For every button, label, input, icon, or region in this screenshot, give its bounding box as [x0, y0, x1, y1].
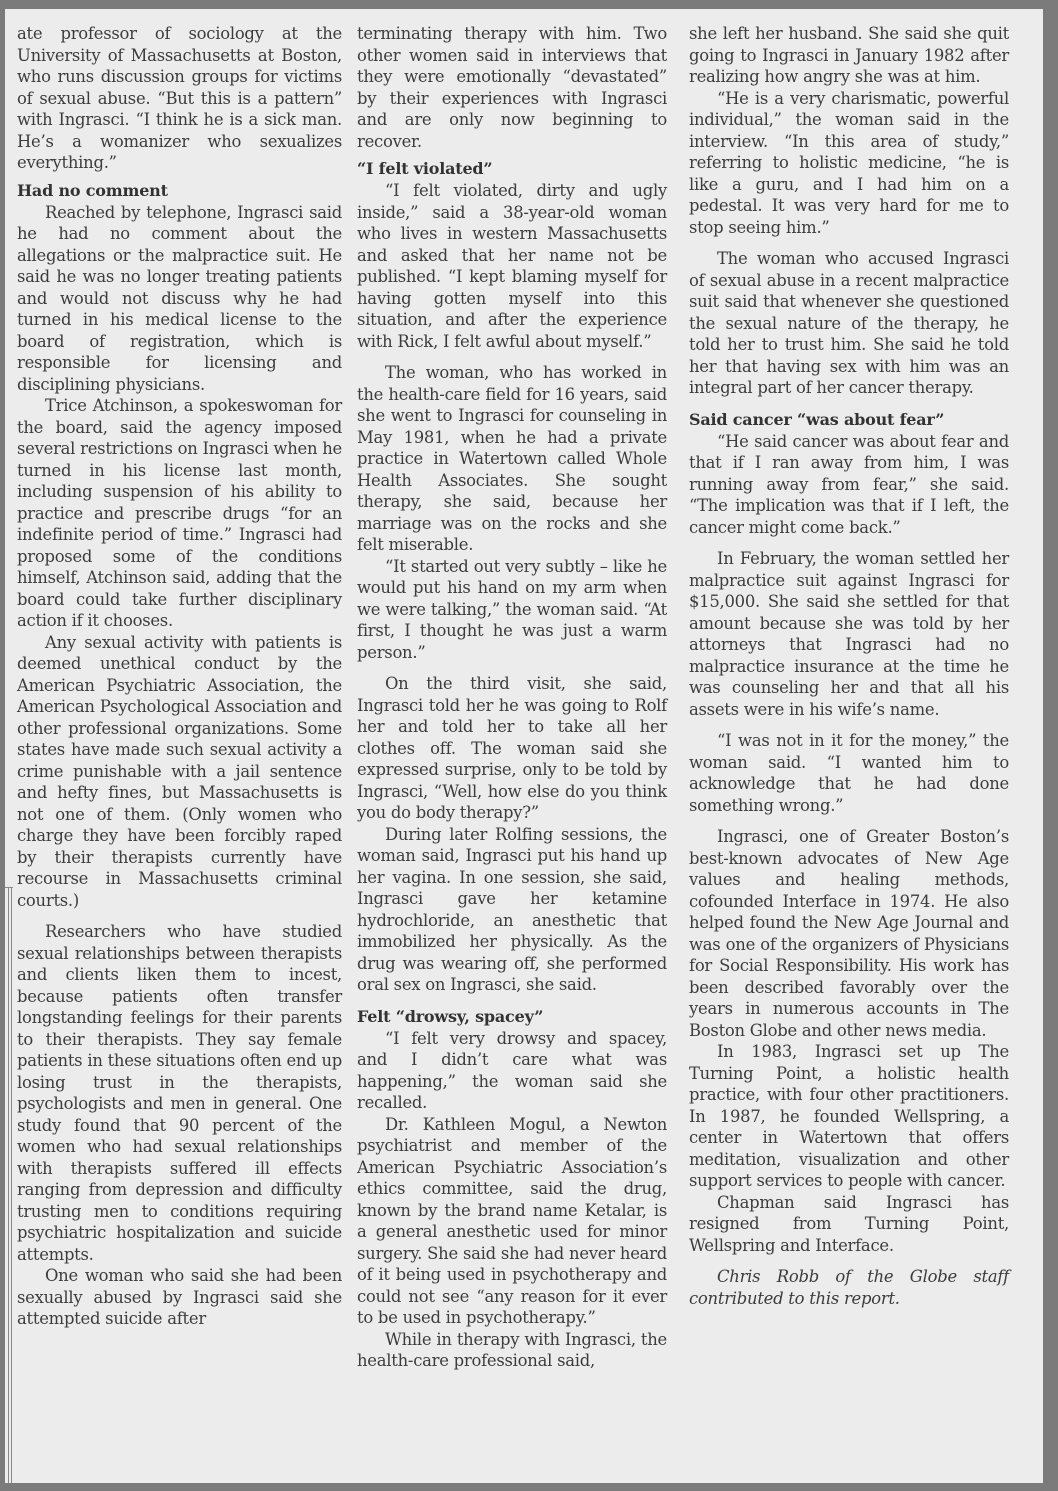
paragraph: “I felt violated, dirty and ugly inside,…	[357, 180, 667, 352]
newspaper-clipping: ate professor of sociology at the Univer…	[5, 9, 1043, 1483]
paragraph: “I felt very drowsy and spacey, and I di…	[357, 1028, 667, 1114]
subheading: “I felt violated”	[357, 158, 667, 180]
paragraph: In February, the woman settled her malpr…	[689, 548, 1009, 720]
paragraph: Ingrasci, one of Greater Boston’s best-k…	[689, 826, 1009, 1041]
paragraph: Chapman said Ingrasci has resigned from …	[689, 1192, 1009, 1257]
paragraph: ate professor of sociology at the Univer…	[17, 23, 342, 174]
subheading: Felt “drowsy, spacey”	[357, 1006, 667, 1028]
paragraph: In 1983, Ingrasci set up The Turning Poi…	[689, 1041, 1009, 1192]
paragraph: terminating therapy with him. Two other …	[357, 23, 667, 152]
paragraph: One woman who said she had been sexually…	[17, 1265, 342, 1330]
subheading: Had no comment	[17, 180, 342, 202]
paragraph: While in therapy with Ingrasci, the heal…	[357, 1329, 667, 1372]
staff-credit: Chris Robb of the Globe staff contribute…	[689, 1266, 1009, 1309]
article-column-1: ate professor of sociology at the Univer…	[17, 23, 342, 1330]
paragraph: “He is a very charismatic, powerful indi…	[689, 88, 1009, 239]
article-column-2: terminating therapy with him. Two other …	[357, 23, 667, 1372]
column-rule-tick	[5, 887, 13, 888]
paragraph: Researchers who have studied sexual rela…	[17, 921, 342, 1265]
paragraph: The woman, who has worked in the health-…	[357, 362, 667, 556]
paragraph: “I was not in it for the money,” the wom…	[689, 730, 1009, 816]
paragraph: “It started out very subtly – like he wo…	[357, 556, 667, 664]
article-column-3: she left her husband. She said she quit …	[689, 23, 1009, 1309]
paragraph: Any sexual activity with patients is dee…	[17, 632, 342, 912]
subheading: Said cancer “was about fear”	[689, 409, 1009, 431]
paragraph: During later Rolfing sessions, the woman…	[357, 824, 667, 996]
paragraph: Trice Atchinson, a spokeswoman for the b…	[17, 395, 342, 632]
paragraph: Dr. Kathleen Mogul, a Newton psychiatris…	[357, 1114, 667, 1329]
paragraph: she left her husband. She said she quit …	[689, 23, 1009, 88]
paragraph: The woman who accused Ingrasci of sexual…	[689, 248, 1009, 399]
paragraph: Reached by telephone, Ingrasci said he h…	[17, 202, 342, 396]
column-rule	[8, 887, 12, 1483]
paragraph: On the third visit, she said, Ingrasci t…	[357, 673, 667, 824]
paragraph: “He said cancer was about fear and that …	[689, 431, 1009, 539]
